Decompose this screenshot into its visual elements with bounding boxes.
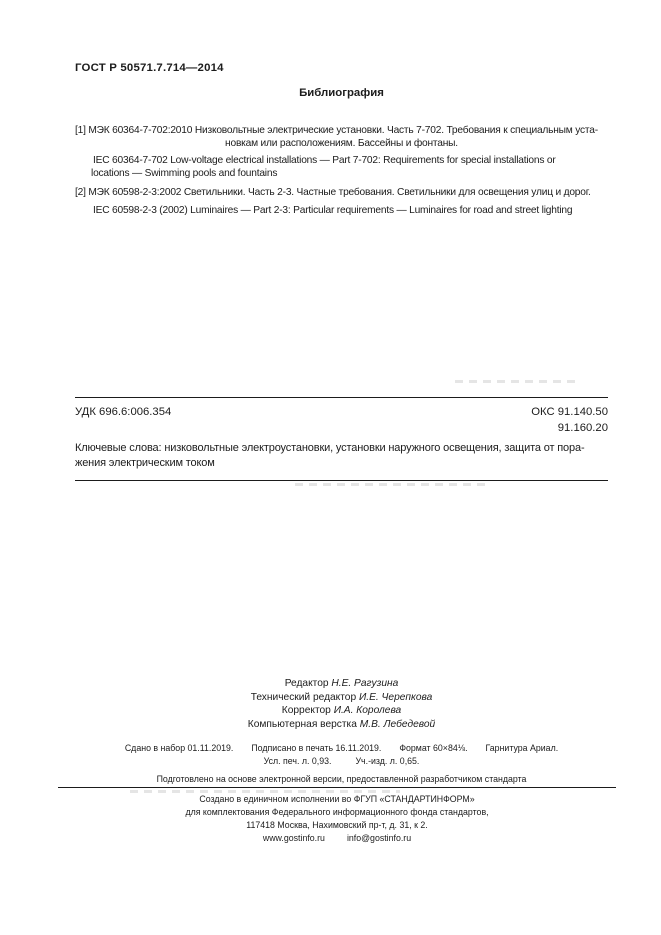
keywords-line2: жения электрическим током bbox=[75, 457, 608, 469]
imprint-cond-sheets: Усл. печ. л. 0,93. bbox=[264, 756, 332, 766]
oks-code-1: ОКС 91.140.50 bbox=[75, 406, 608, 418]
publisher-line-1: Создано в единичном исполнении во ФГУП «… bbox=[58, 794, 616, 804]
credit-line-editor: Редактор Н.Е. Рагузина bbox=[75, 677, 608, 691]
credit-line-corrector: Корректор И.А. Королева bbox=[75, 704, 608, 718]
imprint-typeface: Гарнитура Ариал. bbox=[486, 743, 559, 753]
scan-artifact bbox=[130, 790, 400, 793]
imprint-line-2: Усл. печ. л. 0,93. Уч.-изд. л. 0,65. bbox=[75, 756, 608, 766]
bib-entry-2-en: IEC 60598-2-3 (2002) Luminaires — Part 2… bbox=[93, 205, 626, 216]
credit-line-layout: Компьютерная верстка М.В. Лебедевой bbox=[75, 718, 608, 732]
publisher-line-2: для комплектования Федерального информац… bbox=[58, 807, 616, 817]
credit-name: М.В. Лебедевой bbox=[360, 719, 435, 730]
publisher-email: info@gostinfo.ru bbox=[347, 833, 411, 843]
credit-role: Компьютерная верстка bbox=[248, 719, 357, 730]
credit-name: Н.Е. Рагузина bbox=[331, 678, 398, 689]
publisher-contacts: www.gostinfo.ru info@gostinfo.ru bbox=[58, 833, 616, 843]
credit-role: Технический редактор bbox=[251, 692, 356, 703]
document-page: ГОСТ Р 50571.7.714—2014 Библиография [1]… bbox=[0, 0, 661, 935]
scan-artifact bbox=[295, 483, 485, 486]
scan-artifact bbox=[455, 380, 580, 383]
doc-number-header: ГОСТ Р 50571.7.714—2014 bbox=[75, 62, 224, 74]
credit-role: Редактор bbox=[285, 678, 329, 689]
bib-entry-2-ru: [2] МЭК 60598-2-3:2002 Светильники. Част… bbox=[75, 187, 608, 198]
imprint-line-1: Сдано в набор 01.11.2019. Подписано в пе… bbox=[75, 743, 608, 753]
keywords-line1: Ключевые слова: низковольтные электроуст… bbox=[75, 442, 608, 454]
section-title: Библиография bbox=[75, 87, 608, 99]
oks-code-2: 91.160.20 bbox=[75, 422, 608, 434]
bib-entry-1-ru-line1: [1] МЭК 60364-7-702:2010 Низковольтные э… bbox=[75, 125, 608, 136]
credit-name: И.А. Королева bbox=[334, 705, 402, 716]
imprint-set-date: Сдано в набор 01.11.2019. bbox=[125, 743, 234, 753]
imprint-pub-sheets: Уч.-изд. л. 0,65. bbox=[355, 756, 419, 766]
imprint-format: Формат 60×84⅛. bbox=[399, 743, 467, 753]
publisher-address: 117418 Москва, Нахимовский пр-т, д. 31, … bbox=[58, 820, 616, 830]
publisher-website: www.gostinfo.ru bbox=[263, 833, 325, 843]
credit-role: Корректор bbox=[282, 705, 331, 716]
bib-entry-1-ru-line2: новкам или расположениям. Бассейны и фон… bbox=[75, 138, 608, 149]
bib-entry-1-en-line2: locations — Swimming pools and fountains bbox=[91, 168, 624, 179]
horizontal-rule-publisher bbox=[58, 787, 616, 788]
bib-entry-1-en-line1: IEC 60364-7-702 Low-voltage electrical i… bbox=[93, 155, 626, 166]
credit-line-technical-editor: Технический редактор И.Е. Черепкова bbox=[75, 691, 608, 705]
horizontal-rule-top bbox=[75, 397, 608, 398]
prepared-note: Подготовлено на основе электронной верси… bbox=[75, 774, 608, 784]
horizontal-rule-keywords bbox=[75, 480, 608, 481]
credit-name: И.Е. Черепкова bbox=[359, 692, 432, 703]
editorial-credits: Редактор Н.Е. Рагузина Технический редак… bbox=[75, 677, 608, 731]
imprint-print-date: Подписано в печать 16.11.2019. bbox=[251, 743, 381, 753]
